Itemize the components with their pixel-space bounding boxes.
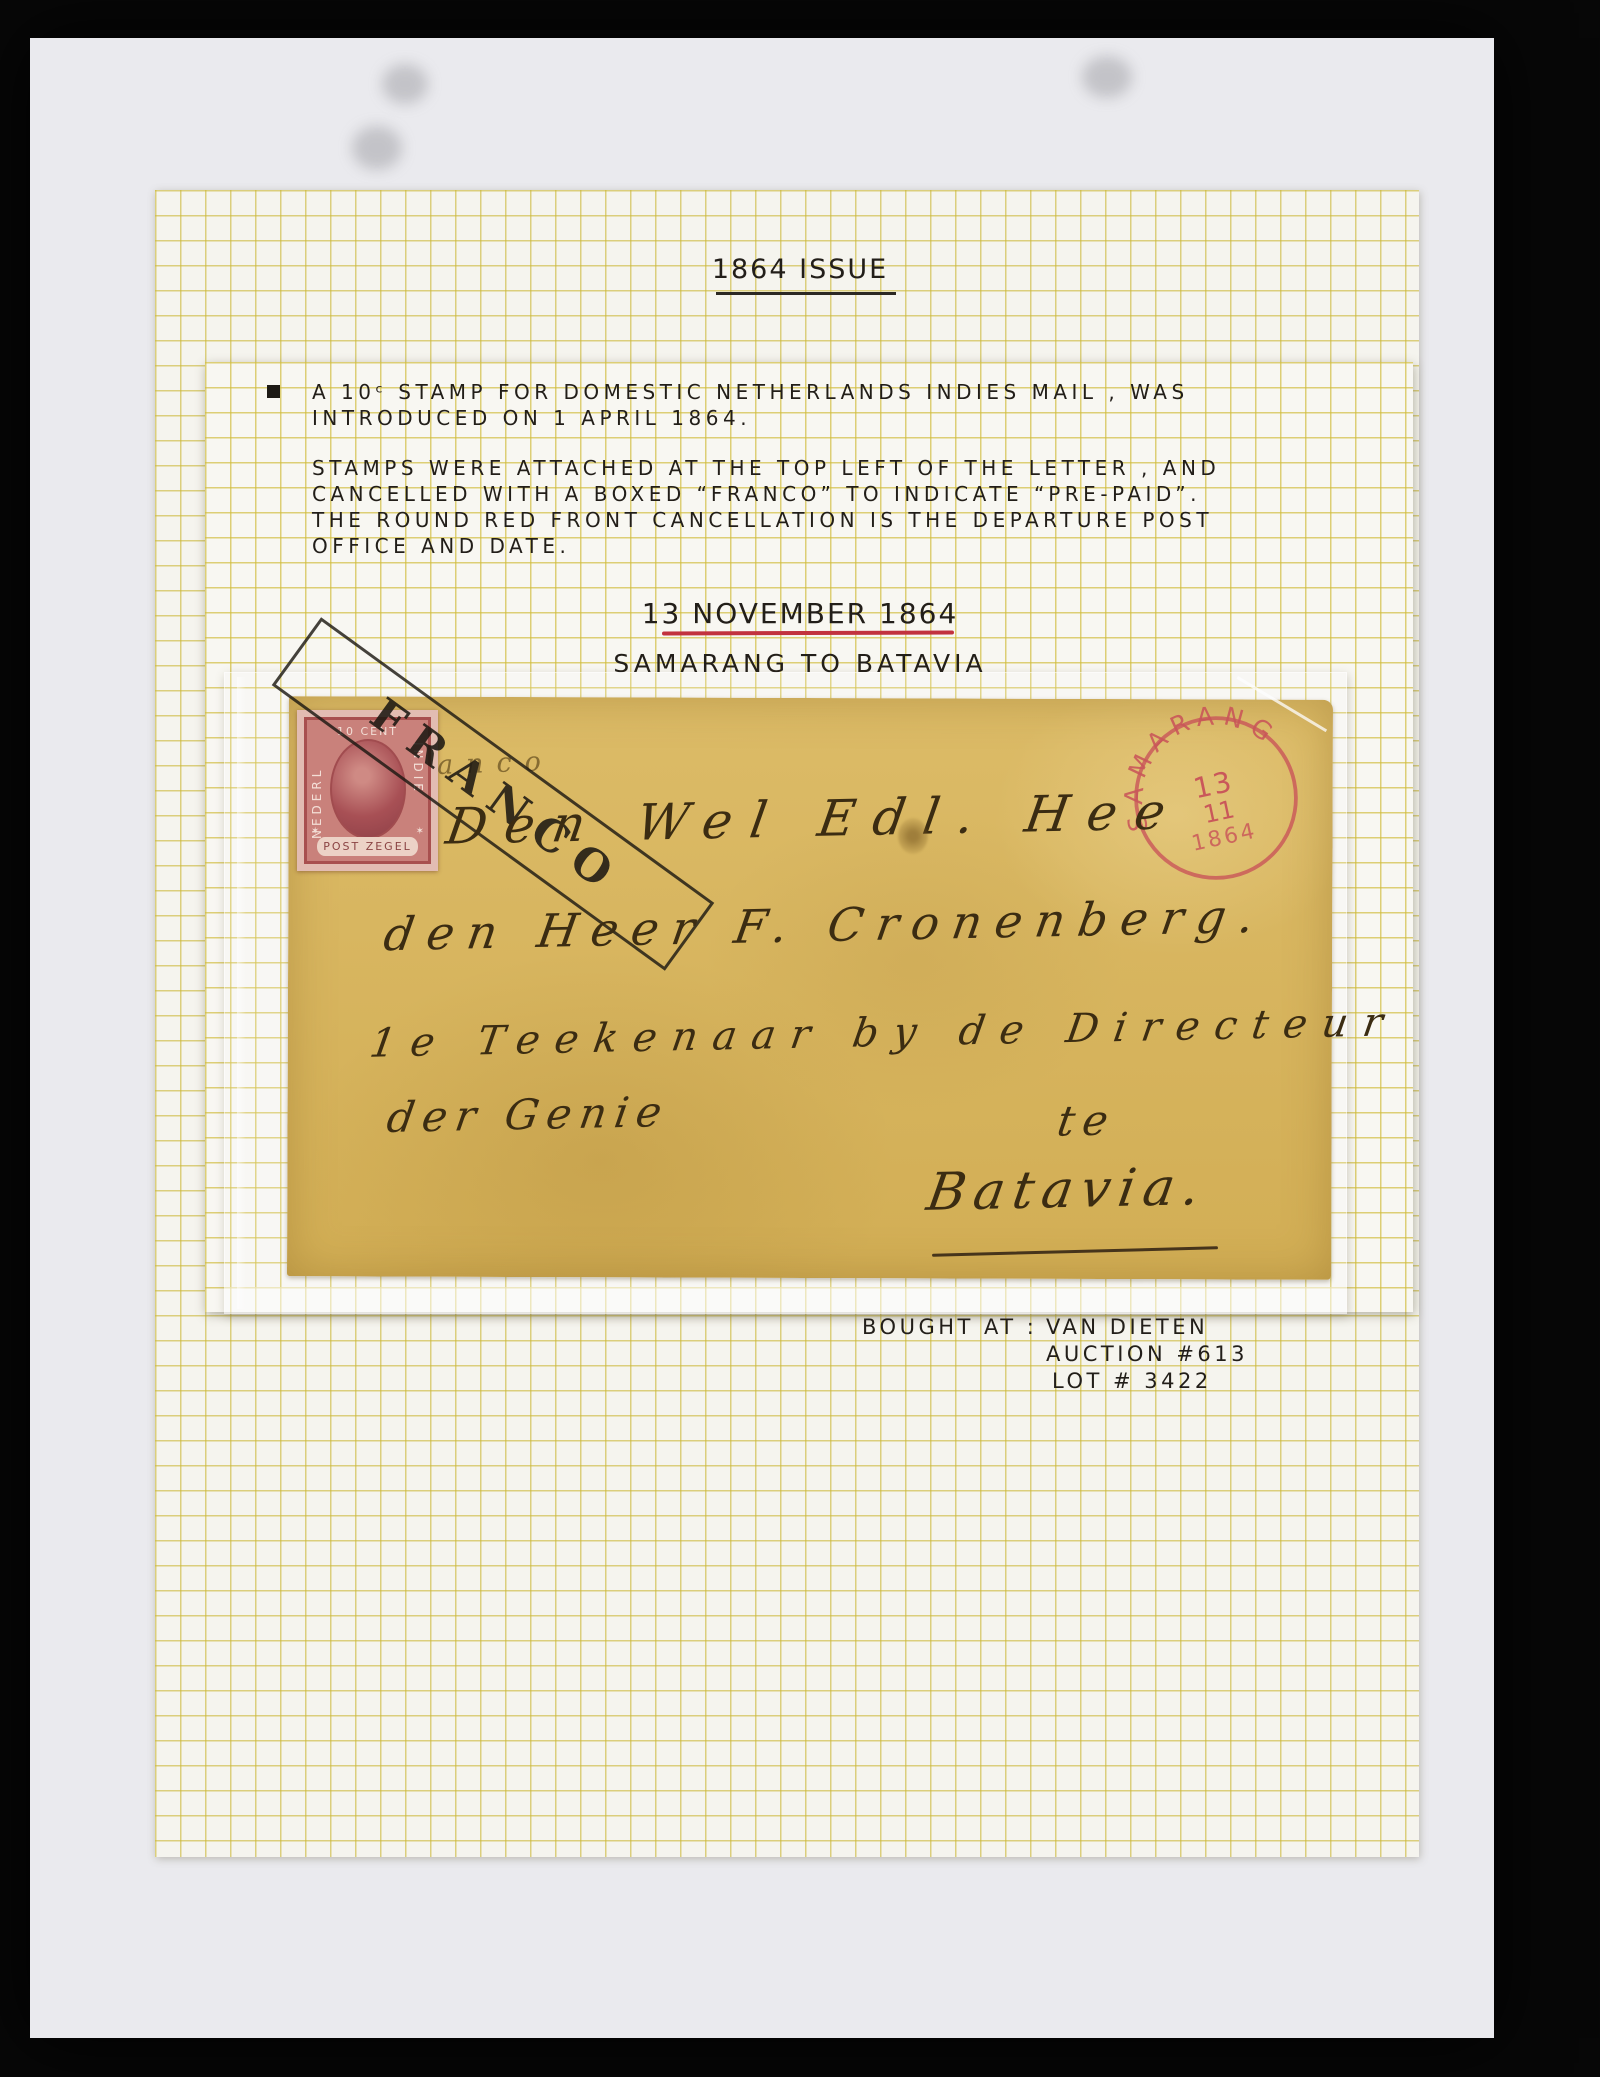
page-smudge <box>352 126 402 170</box>
date-heading: 13 NOVEMBER 1864 <box>0 597 1600 630</box>
address-destination: Batavia. <box>923 1157 1212 1223</box>
note-line: STAMPS WERE ATTACHED AT THE TOP LEFT OF … <box>312 456 1220 480</box>
note-line: OFFICE AND DATE. <box>312 534 570 558</box>
note-line: CANCELLED WITH A BOXED “FRANCO” TO INDIC… <box>312 482 1201 506</box>
page-title: 1864 ISSUE <box>0 254 1600 285</box>
stamp-country-left-label: NEDERL <box>310 742 324 839</box>
note-bullet-square <box>267 385 280 398</box>
page-smudge <box>1082 56 1132 98</box>
stamp-star-icon: ✶ <box>416 826 424 837</box>
stamp-bottom-banner: POST ZEGEL <box>317 837 418 856</box>
address-line: te <box>1054 1095 1120 1145</box>
stamp-star-icon: ✶ <box>311 826 319 837</box>
note-line: THE ROUND RED FRONT CANCELLATION IS THE … <box>312 508 1213 532</box>
address-line: der Genie <box>384 1087 674 1142</box>
page-title-underline <box>716 292 896 295</box>
provenance-source: VAN DIETEN <box>1046 1315 1208 1339</box>
note-line: A 10ᶜ STAMP FOR DOMESTIC NETHERLANDS IND… <box>312 380 1189 404</box>
note-line: INTRODUCED ON 1 APRIL 1864. <box>312 406 751 430</box>
provenance-auction: AUCTION #613 <box>1046 1342 1248 1366</box>
provenance-lot: LOT # 3422 <box>1052 1369 1212 1393</box>
photo-of-album-page: 1864 ISSUE A 10ᶜ STAMP FOR DOMESTIC NETH… <box>0 0 1600 2077</box>
ink-stain <box>898 818 928 854</box>
page-smudge <box>382 64 428 104</box>
postmark-year: 1864 <box>1189 818 1259 856</box>
provenance-label: BOUGHT AT : <box>862 1315 1037 1339</box>
